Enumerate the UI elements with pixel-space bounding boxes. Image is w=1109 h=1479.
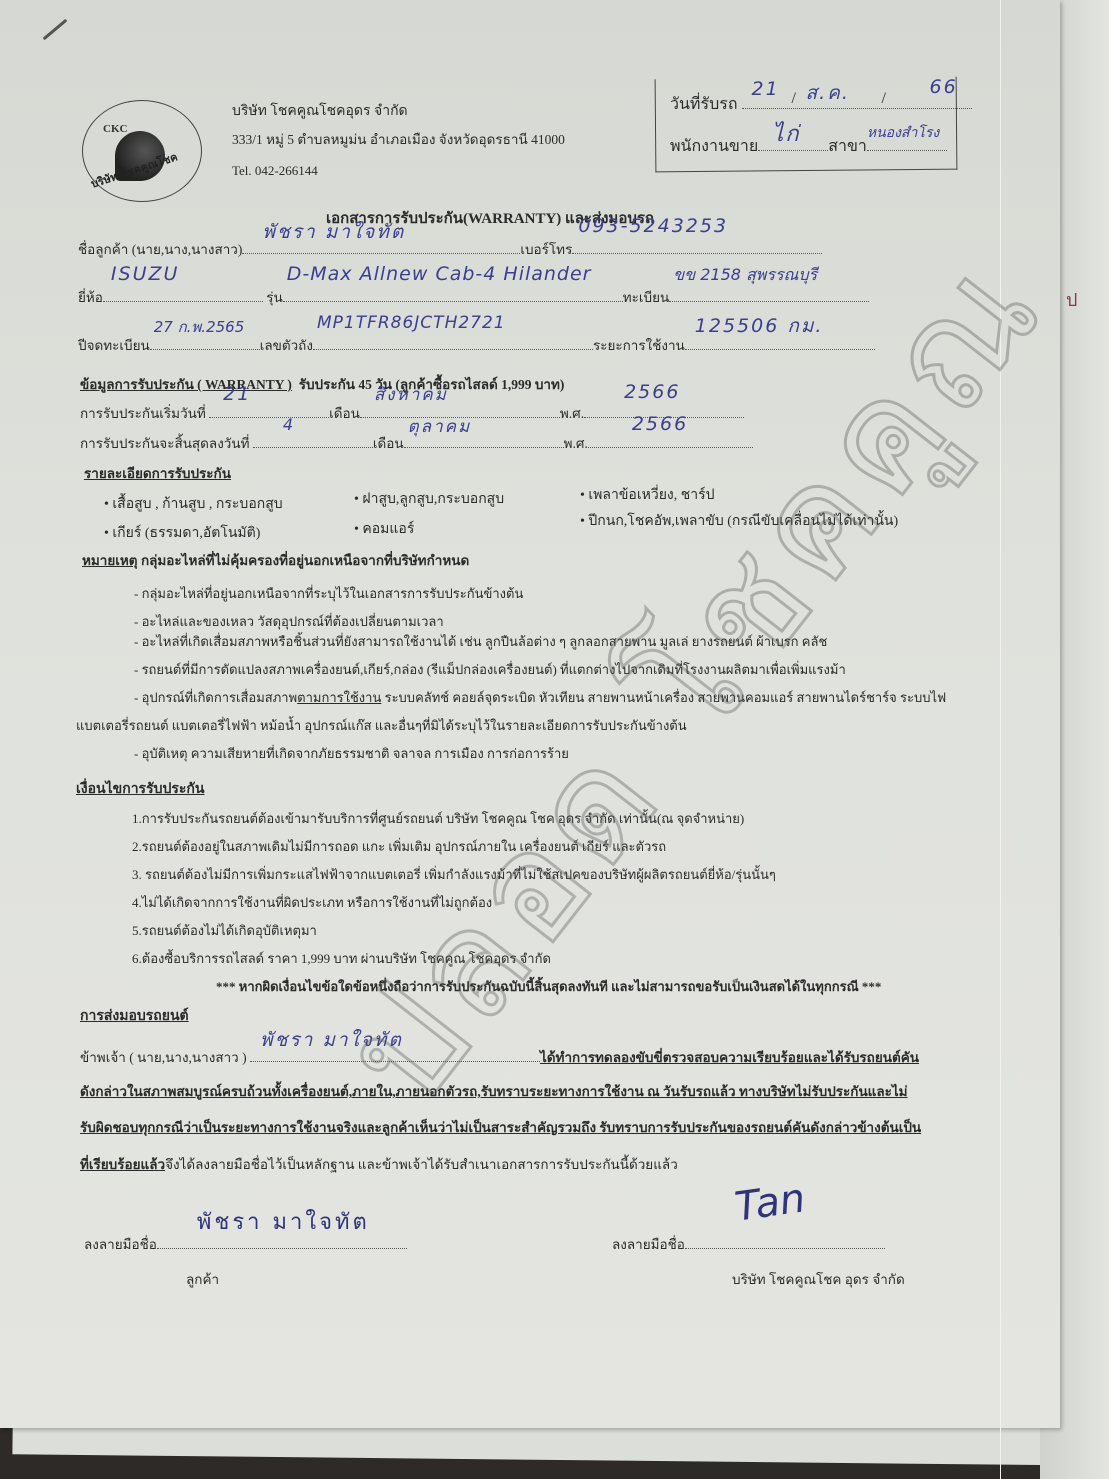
customer-name-row: ชื่อลูกค้า (นาย,นาง,นางสาว)พัชรา มาใจทัต… <box>78 238 822 260</box>
start-day: 21 <box>223 383 251 405</box>
registration-row: ปีจดทะเบียน27 ก.พ.2565เลขตัวถังMP1TFR86J… <box>78 334 875 356</box>
receive-date-month: ส.ค. <box>806 78 850 108</box>
company-name: บริษัท โชคคูณโชคอุดร จำกัด <box>232 100 408 122</box>
coverage-item: • ฝาสูบ,ลูกสูบ,กระบอกสูบ <box>354 488 504 510</box>
receive-date-field: วันที่รับรถ 21 / ส.ค. / 66 <box>670 92 972 117</box>
reg-date-label: ปีจดทะเบียน <box>78 338 150 353</box>
salesperson-field: พนักงานขายไก่สาขาหนองสำโรง <box>670 134 947 159</box>
end-year: 2566 <box>632 413 688 435</box>
phone-label: เบอร์โทร <box>520 242 572 257</box>
receive-date-label: วันที่รับรถ <box>670 96 738 113</box>
chassis-value: MP1TFR86JCTH2721 <box>317 313 506 333</box>
plate-value: ขข 2158 สุพรรณบุรี <box>673 263 817 288</box>
mileage-label: ระยะการใช้งาน <box>593 338 685 353</box>
end-day: 4 <box>283 415 295 434</box>
receive-date-day: 21 <box>752 78 780 100</box>
mileage-value: 125506 กม. <box>695 311 824 341</box>
exclusion-item: - อะไหล่และของเหลว วัสดุอุปกรณ์ที่ต้องเป… <box>134 611 444 632</box>
vehicle-row: ยี่ห้อISUZU รุ่นD-Max Allnew Cab-4 Hilan… <box>78 286 869 308</box>
receive-date-year: 66 <box>930 76 958 98</box>
coverage-item: • คอมแอร์ <box>354 518 414 540</box>
brand-label: ยี่ห้อ <box>78 290 103 305</box>
customer-signature: พัชรา มาใจทัต <box>197 1204 370 1239</box>
company-address: 333/1 หมู่ 5 ตำบลหมูม่น อำเภอเมือง จังหว… <box>232 128 565 150</box>
logo-ckc-text: CKC <box>103 123 127 135</box>
model-value: D-Max Allnew Cab-4 Hilander <box>287 263 592 285</box>
delivery-line-4: ที่เรียบร้อยแล้วจึงได้ลงลายมือชื่อไว้เป็… <box>80 1153 678 1175</box>
company-tel: Tel. 042-266144 <box>232 163 318 179</box>
model-label: รุ่น <box>266 290 282 305</box>
customer-caption: ลูกค้า <box>186 1268 219 1290</box>
start-month: สิงหาคม <box>374 381 448 408</box>
reg-date-value: 27 ก.พ.2565 <box>154 315 245 339</box>
warranty-heading: ข้อมูลการรับประกัน ( WARRANTY ) รับประกั… <box>80 373 564 395</box>
customer-name-value: พัชรา มาใจทัต <box>262 217 405 247</box>
chassis-label: เลขตัวถัง <box>260 338 313 353</box>
coverage-heading: รายละเอียดการรับประกัน <box>84 462 231 484</box>
warranty-document: CKC บริษัท โชคคูณโชค บริษัท โชคคูณโชคอุด… <box>0 0 1060 1428</box>
company-signature: Tan <box>732 1175 808 1230</box>
branch-value: หนองสำโรง <box>867 122 939 144</box>
exclusions-heading: หมายเหตุ กลุ่มอะไหล่ที่ไม่คุ้มครองที่อยู… <box>82 549 469 571</box>
exclusion-item: - กลุ่มอะไหล่ที่อยู่นอกเหนือจากที่ระบุไว… <box>134 583 523 604</box>
margin-mark: ป <box>1066 285 1077 314</box>
delivery-line-3: รับผิดชอบทุกกรณีว่าเป็นระยะทางการใช้งานจ… <box>80 1116 921 1138</box>
company-signature-line: ลงลายมือชื่อTan <box>612 1233 885 1255</box>
end-month: ตุลาคม <box>408 413 472 440</box>
condition-item: 5.รถยนต์ต้องไม่ได้เกิดอุบัติเหตุมา <box>132 920 317 941</box>
brand-value: ISUZU <box>111 263 180 285</box>
customer-signature-line: ลงลายมือชื่อพัชรา มาใจทัต <box>84 1233 407 1255</box>
phone-value: 093-5243253 <box>578 215 728 237</box>
company-caption: บริษัท โชคคูณโชค อุดร จำกัด <box>732 1268 905 1290</box>
paper-fold <box>1000 0 1001 1479</box>
staple <box>43 19 68 41</box>
coverage-item: • เสื้อสูบ , ก้านสูบ , กระบอกสูบ <box>104 493 283 515</box>
customer-name-label: ชื่อลูกค้า (นาย,นาง,นางสาว) <box>78 242 242 257</box>
warranty-end-row: การรับประกันจะสิ้นสุดลงวันที่ 4เดือนตุลา… <box>80 432 753 454</box>
plate-label: ทะเบียน <box>623 290 669 305</box>
conditions-heading: เงื่อนไขการรับประกัน <box>76 778 204 800</box>
company-logo: CKC บริษัท โชคคูณโชค <box>82 100 202 202</box>
delivery-heading: การส่งมอบรถยนต์ <box>80 1005 189 1027</box>
salesperson-label: พนักงานขาย <box>670 138 758 155</box>
branch-label: สาขา <box>828 138 867 155</box>
salesperson-value: ไก่ <box>772 116 800 151</box>
start-year: 2566 <box>624 381 680 403</box>
coverage-item: • เกียร์ (ธรรมดา,อัตโนมัติ) <box>104 522 260 544</box>
